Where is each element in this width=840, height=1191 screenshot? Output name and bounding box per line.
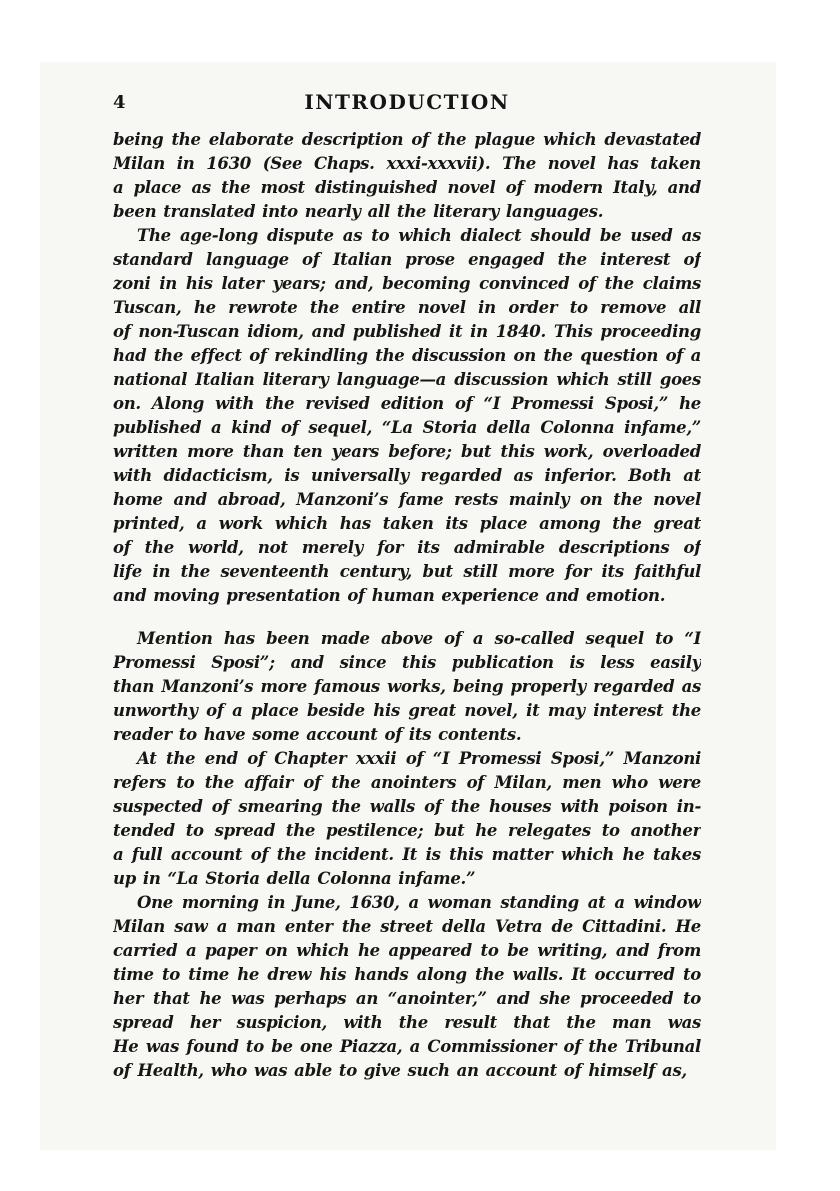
text-line: a full account of the incident. It is th… (113, 843, 701, 867)
text-line: with didacticism, is universally regarde… (113, 464, 701, 488)
text-line: time to time he drew his hands along the… (113, 963, 701, 987)
text-line: Milan saw a man enter the street della V… (113, 915, 701, 939)
text-line: had the effect of rekindling the discuss… (113, 344, 701, 368)
paragraph: At the end of Chapter xxxii of “I Promes… (113, 747, 701, 891)
text-line: up in “La Storia della Colonna infame.” (113, 867, 701, 891)
text-line: life in the seventeenth century, but sti… (113, 560, 701, 584)
text-line: Promessi Sposi”; and since this publicat… (113, 651, 701, 675)
text-line: printed, a work which has taken its plac… (113, 512, 701, 536)
text-line: been translated into nearly all the lite… (113, 200, 701, 224)
page-title: INTRODUCTION (113, 90, 701, 114)
text-line: home and abroad, Manzoni’s fame rests ma… (113, 488, 701, 512)
paragraph: Mention has been made above of a so-call… (113, 627, 701, 747)
text-line: a place as the most distinguished novel … (113, 176, 701, 200)
text-line: than Manzoni’s more famous works, being … (113, 675, 701, 699)
text-line: of the world, not merely for its admirab… (113, 536, 701, 560)
text-line: national Italian literary language—a dis… (113, 368, 701, 392)
text-line: written more than ten years before; but … (113, 440, 701, 464)
text-line: refers to the affair of the anointers of… (113, 771, 701, 795)
text-line: zoni in his later years; and, becoming c… (113, 272, 701, 296)
text-line: published a kind of sequel, “La Storia d… (113, 416, 701, 440)
text-line: Milan in 1630 (See Chaps. xxxi-xxxvii). … (113, 152, 701, 176)
text-line: unworthy of a place beside his great nov… (113, 699, 701, 723)
text-line: her that he was perhaps an “anointer,” a… (113, 987, 701, 1011)
text-line: and moving presentation of human experie… (113, 584, 701, 608)
running-header: 4 INTRODUCTION (113, 90, 701, 116)
text-line: Mention has been made above of a so-call… (113, 627, 701, 651)
book-page-scan: 4 INTRODUCTION being the elaborate descr… (0, 0, 840, 1191)
text-line: on. Along with the revised edition of “I… (113, 392, 701, 416)
text-line: The age-long dispute as to which dialect… (113, 224, 701, 248)
text-line: being the elaborate description of the p… (113, 128, 701, 152)
text-line: He was found to be one Piazza, a Commiss… (113, 1035, 701, 1059)
text-line: Tuscan, he rewrote the entire novel in o… (113, 296, 701, 320)
body-paragraphs: being the elaborate description of the p… (113, 128, 701, 1083)
text-line: At the end of Chapter xxxii of “I Promes… (113, 747, 701, 771)
text-line: spread her suspicion, with the result th… (113, 1011, 701, 1035)
text-line: of non-Tuscan idiom, and published it in… (113, 320, 701, 344)
text-line: of Health, who was able to give such an … (113, 1059, 701, 1083)
paragraph: being the elaborate description of the p… (113, 128, 701, 224)
text-line: standard language of Italian prose engag… (113, 248, 701, 272)
text-line: tended to spread the pestilence; but he … (113, 819, 701, 843)
text-line: One morning in June, 1630, a woman stand… (113, 891, 701, 915)
text-line: carried a paper on which he appeared to … (113, 939, 701, 963)
paragraph: One morning in June, 1630, a woman stand… (113, 891, 701, 1083)
text-line: reader to have some account of its conte… (113, 723, 701, 747)
paragraph: The age-long dispute as to which dialect… (113, 224, 701, 608)
text-line: suspected of smearing the walls of the h… (113, 795, 701, 819)
